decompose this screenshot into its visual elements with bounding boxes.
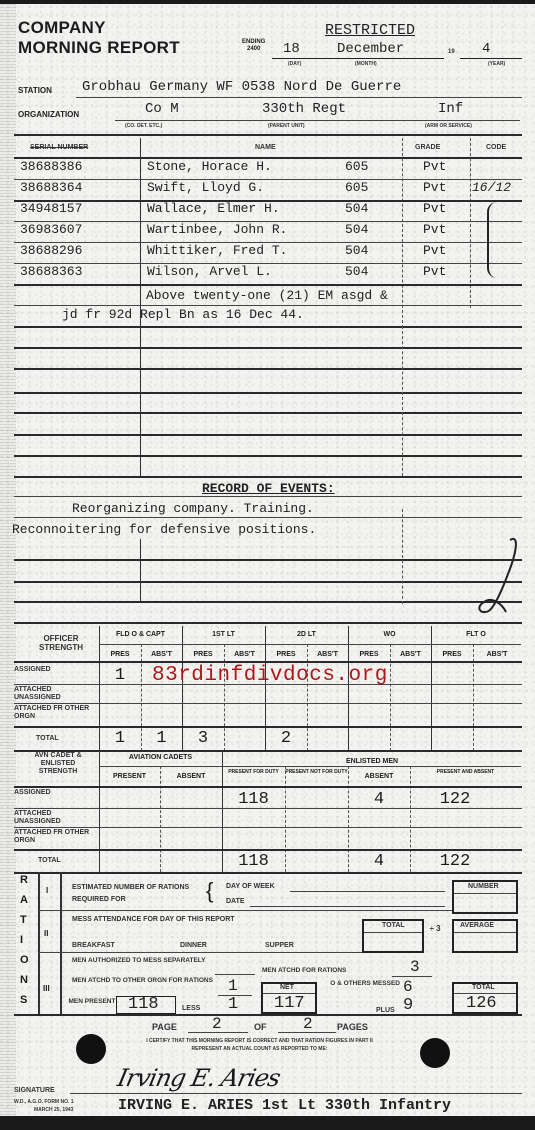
fld-capt-pres-total: 1	[99, 729, 141, 748]
net-value: 117	[274, 994, 305, 1013]
station-label: STATION	[18, 86, 52, 95]
code-header: CODE	[486, 144, 506, 151]
plus-value: 9	[403, 996, 413, 1015]
form-number: W.D., A.G.O. FORM NO. 1	[14, 1099, 74, 1105]
table-row: 38688386 Stone, Horace H. 605 Pvt	[14, 159, 520, 180]
name-header: NAME	[255, 144, 276, 151]
handwritten-mark	[462, 534, 522, 616]
others-messed-value: 6	[403, 978, 413, 996]
total-absent: 4	[348, 852, 410, 871]
signer-name: IRVING E. ARIES 1st Lt 330th Infantry	[118, 1097, 451, 1114]
2d-lt-pres-total: 2	[265, 729, 307, 748]
punch-hole-right	[420, 1038, 450, 1068]
station-value: Grobhau Germany WF 0538 Nord De Guerre	[82, 79, 401, 95]
rations-total-value: 126	[466, 994, 497, 1013]
1st-lt-pres-total: 3	[182, 729, 224, 748]
page-count: 2	[303, 1015, 313, 1033]
form-date: MARCH 25, 1943	[34, 1107, 73, 1113]
org-company: Co M	[145, 101, 179, 117]
total-present-for-duty: 118	[222, 852, 285, 871]
classification-stamp: RESTRICTED	[325, 22, 415, 39]
fld-capt-pres-assigned: 1	[99, 666, 141, 685]
report-year: 4	[482, 41, 490, 57]
report-day: 18	[283, 41, 300, 57]
assigned-absent: 4	[348, 790, 410, 809]
remark-line-2: jd fr 92d Repl Bn as 16 Dec 44.	[62, 307, 304, 322]
org-arm: Inf	[438, 101, 463, 117]
table-row: 36983607 Wartinbee, John R. 504 Pvt	[14, 222, 520, 243]
handwritten-signature: Irving E. Aries	[115, 1064, 282, 1092]
report-month: December	[337, 41, 404, 57]
punch-hole-left	[76, 1034, 106, 1064]
ending-label: ENDING2400	[242, 39, 265, 53]
fld-capt-abs-total: 1	[141, 729, 182, 748]
less-value: 1	[228, 995, 238, 1014]
bracket-mark	[487, 202, 499, 278]
events-line-1: Reorganizing company. Training.	[72, 501, 314, 516]
grade-header: GRADE	[415, 144, 440, 151]
serial-number-header: SERIAL NUMBER	[30, 144, 88, 151]
table-row: 38688363 Wilson, Arvel L. 504 Pvt	[14, 264, 520, 285]
table-row: 34948157 Wallace, Elmer H. 504 Pvt	[14, 201, 520, 222]
men-atchd-for-rations-value: 3	[410, 958, 420, 976]
form-title: COMPANY MORNING REPORT	[18, 18, 180, 58]
code-annotation: 16/12	[472, 180, 511, 195]
table-row: 38688364 Swift, Lloyd G. 605 Pvt	[14, 180, 520, 201]
men-atchd-other-orgn-value: 1	[228, 977, 238, 995]
events-line-2: Reconnoitering for defensive positions.	[12, 522, 316, 537]
table-row: 38688296 Whittiker, Fred T. 504 Pvt	[14, 243, 520, 264]
certification-text: I CERTIFY THAT THIS MORNING REPORT IS CO…	[132, 1037, 387, 1053]
watermark: 83rdinfdivdocs.org	[152, 664, 388, 687]
men-present-value: 118	[128, 995, 159, 1014]
org-parent-unit: 330th Regt	[262, 101, 346, 117]
page-number: 2	[212, 1015, 222, 1033]
assigned-present-for-duty: 118	[222, 790, 285, 809]
record-of-events-title: RECORD OF EVENTS:	[202, 481, 335, 496]
total-present-and-absent: 122	[410, 852, 500, 871]
morning-report-form: COMPANY MORNING REPORT RESTRICTED ENDING…	[0, 4, 535, 1116]
organization-label: ORGANIZATION	[18, 110, 79, 119]
assigned-present-and-absent: 122	[410, 790, 500, 809]
remark-line-1: Above twenty-one (21) EM asgd &	[146, 288, 388, 303]
